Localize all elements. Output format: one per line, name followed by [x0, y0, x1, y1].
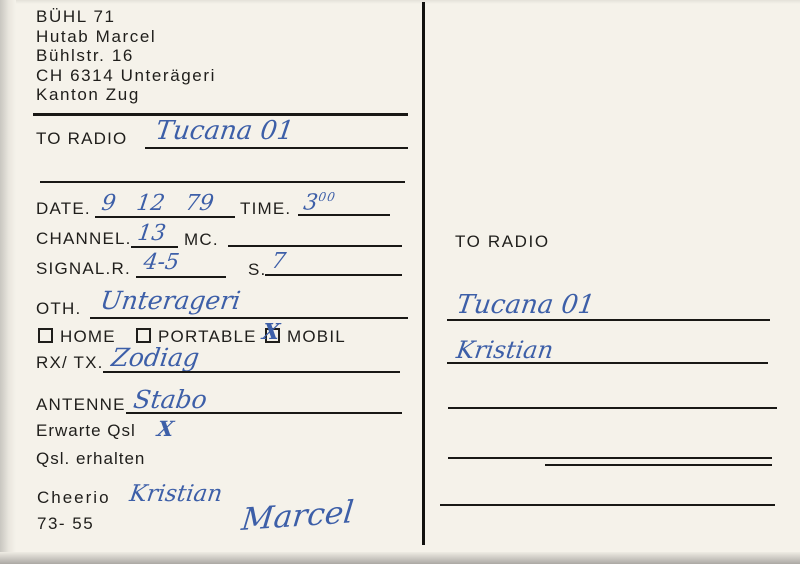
date-label: DATE.: [36, 200, 91, 217]
sender-name: Hutab Marcel: [36, 27, 216, 47]
right-line-5: [440, 504, 775, 506]
channel-label: CHANNEL.: [36, 230, 132, 247]
sender-street: Bühlstr. 16: [36, 46, 216, 66]
seventy-three-code: 73- 55: [37, 515, 94, 532]
right-name-value: Kristian: [455, 338, 555, 362]
antenne-label: ANTENNE: [36, 396, 126, 413]
right-line-4: [448, 457, 772, 459]
to-radio-label: TO RADIO: [36, 130, 127, 147]
column-divider: [422, 2, 425, 545]
mobil-label: MOBIL: [287, 328, 346, 345]
oth-value: Unterageri: [99, 288, 242, 313]
mc-label: MC.: [184, 231, 219, 248]
scan-edge-left: [0, 0, 16, 564]
signal-r-line: [136, 276, 226, 278]
home-label: HOME: [60, 328, 116, 345]
right-line-1: [447, 319, 770, 321]
date-value: 9 12 79: [100, 193, 215, 215]
portable-checkbox: [136, 328, 151, 343]
oth-label: OTH.: [36, 300, 81, 317]
qsl-erhalten-label: Qsl. erhalten: [36, 450, 145, 467]
sender-callsign: BÜHL 71: [36, 7, 216, 27]
right-line-2: [447, 362, 768, 364]
qsl-card: BÜHL 71 Hutab Marcel Bühlstr. 16 CH 6314…: [0, 0, 800, 564]
mc-line: [228, 245, 402, 247]
scan-edge-bottom: [0, 552, 800, 564]
right-line-4b: [545, 464, 772, 466]
mobil-check-mark: X: [261, 321, 281, 343]
to-radio-line: [145, 147, 408, 149]
right-line-3: [448, 407, 777, 409]
signal-r-label: SIGNAL.R.: [36, 260, 131, 277]
home-checkbox: [38, 328, 53, 343]
time-value: 300: [302, 191, 337, 214]
channel-line: [131, 246, 178, 248]
right-to-radio-label: TO RADIO: [455, 233, 550, 250]
greeting-handwritten-name: Kristian: [128, 483, 224, 506]
time-line: [298, 214, 390, 216]
time-label: TIME.: [240, 200, 291, 217]
rxtx-label: RX/ TX.: [36, 354, 104, 371]
spare-line: [40, 181, 405, 183]
erwarte-qsl-mark: X: [156, 418, 175, 439]
signature: Marcel: [240, 497, 355, 536]
rxtx-line: [103, 371, 400, 373]
signal-s-line: [265, 274, 402, 276]
oth-line: [90, 317, 408, 319]
to-radio-value: Tucana 01: [154, 118, 295, 144]
signal-r-value: 4-5: [142, 252, 181, 274]
rxtx-value: Zodiag: [110, 345, 201, 370]
greeting-label: Cheerio: [37, 489, 111, 506]
right-to-radio-value: Tucana 01: [455, 292, 596, 318]
scan-edge-top: [0, 0, 800, 4]
sender-address: BÜHL 71 Hutab Marcel Bühlstr. 16 CH 6314…: [36, 7, 216, 105]
erwarte-qsl-label: Erwarte Qsl: [36, 422, 136, 439]
sender-city: CH 6314 Unterägeri: [36, 66, 216, 86]
antenne-line: [126, 412, 402, 414]
date-line: [95, 216, 235, 218]
antenne-value: Stabo: [132, 387, 209, 412]
signal-s-label: S.: [248, 261, 266, 278]
signal-s-value: 7: [270, 251, 287, 273]
sender-canton: Kanton Zug: [36, 85, 216, 105]
channel-value: 13: [136, 223, 167, 245]
